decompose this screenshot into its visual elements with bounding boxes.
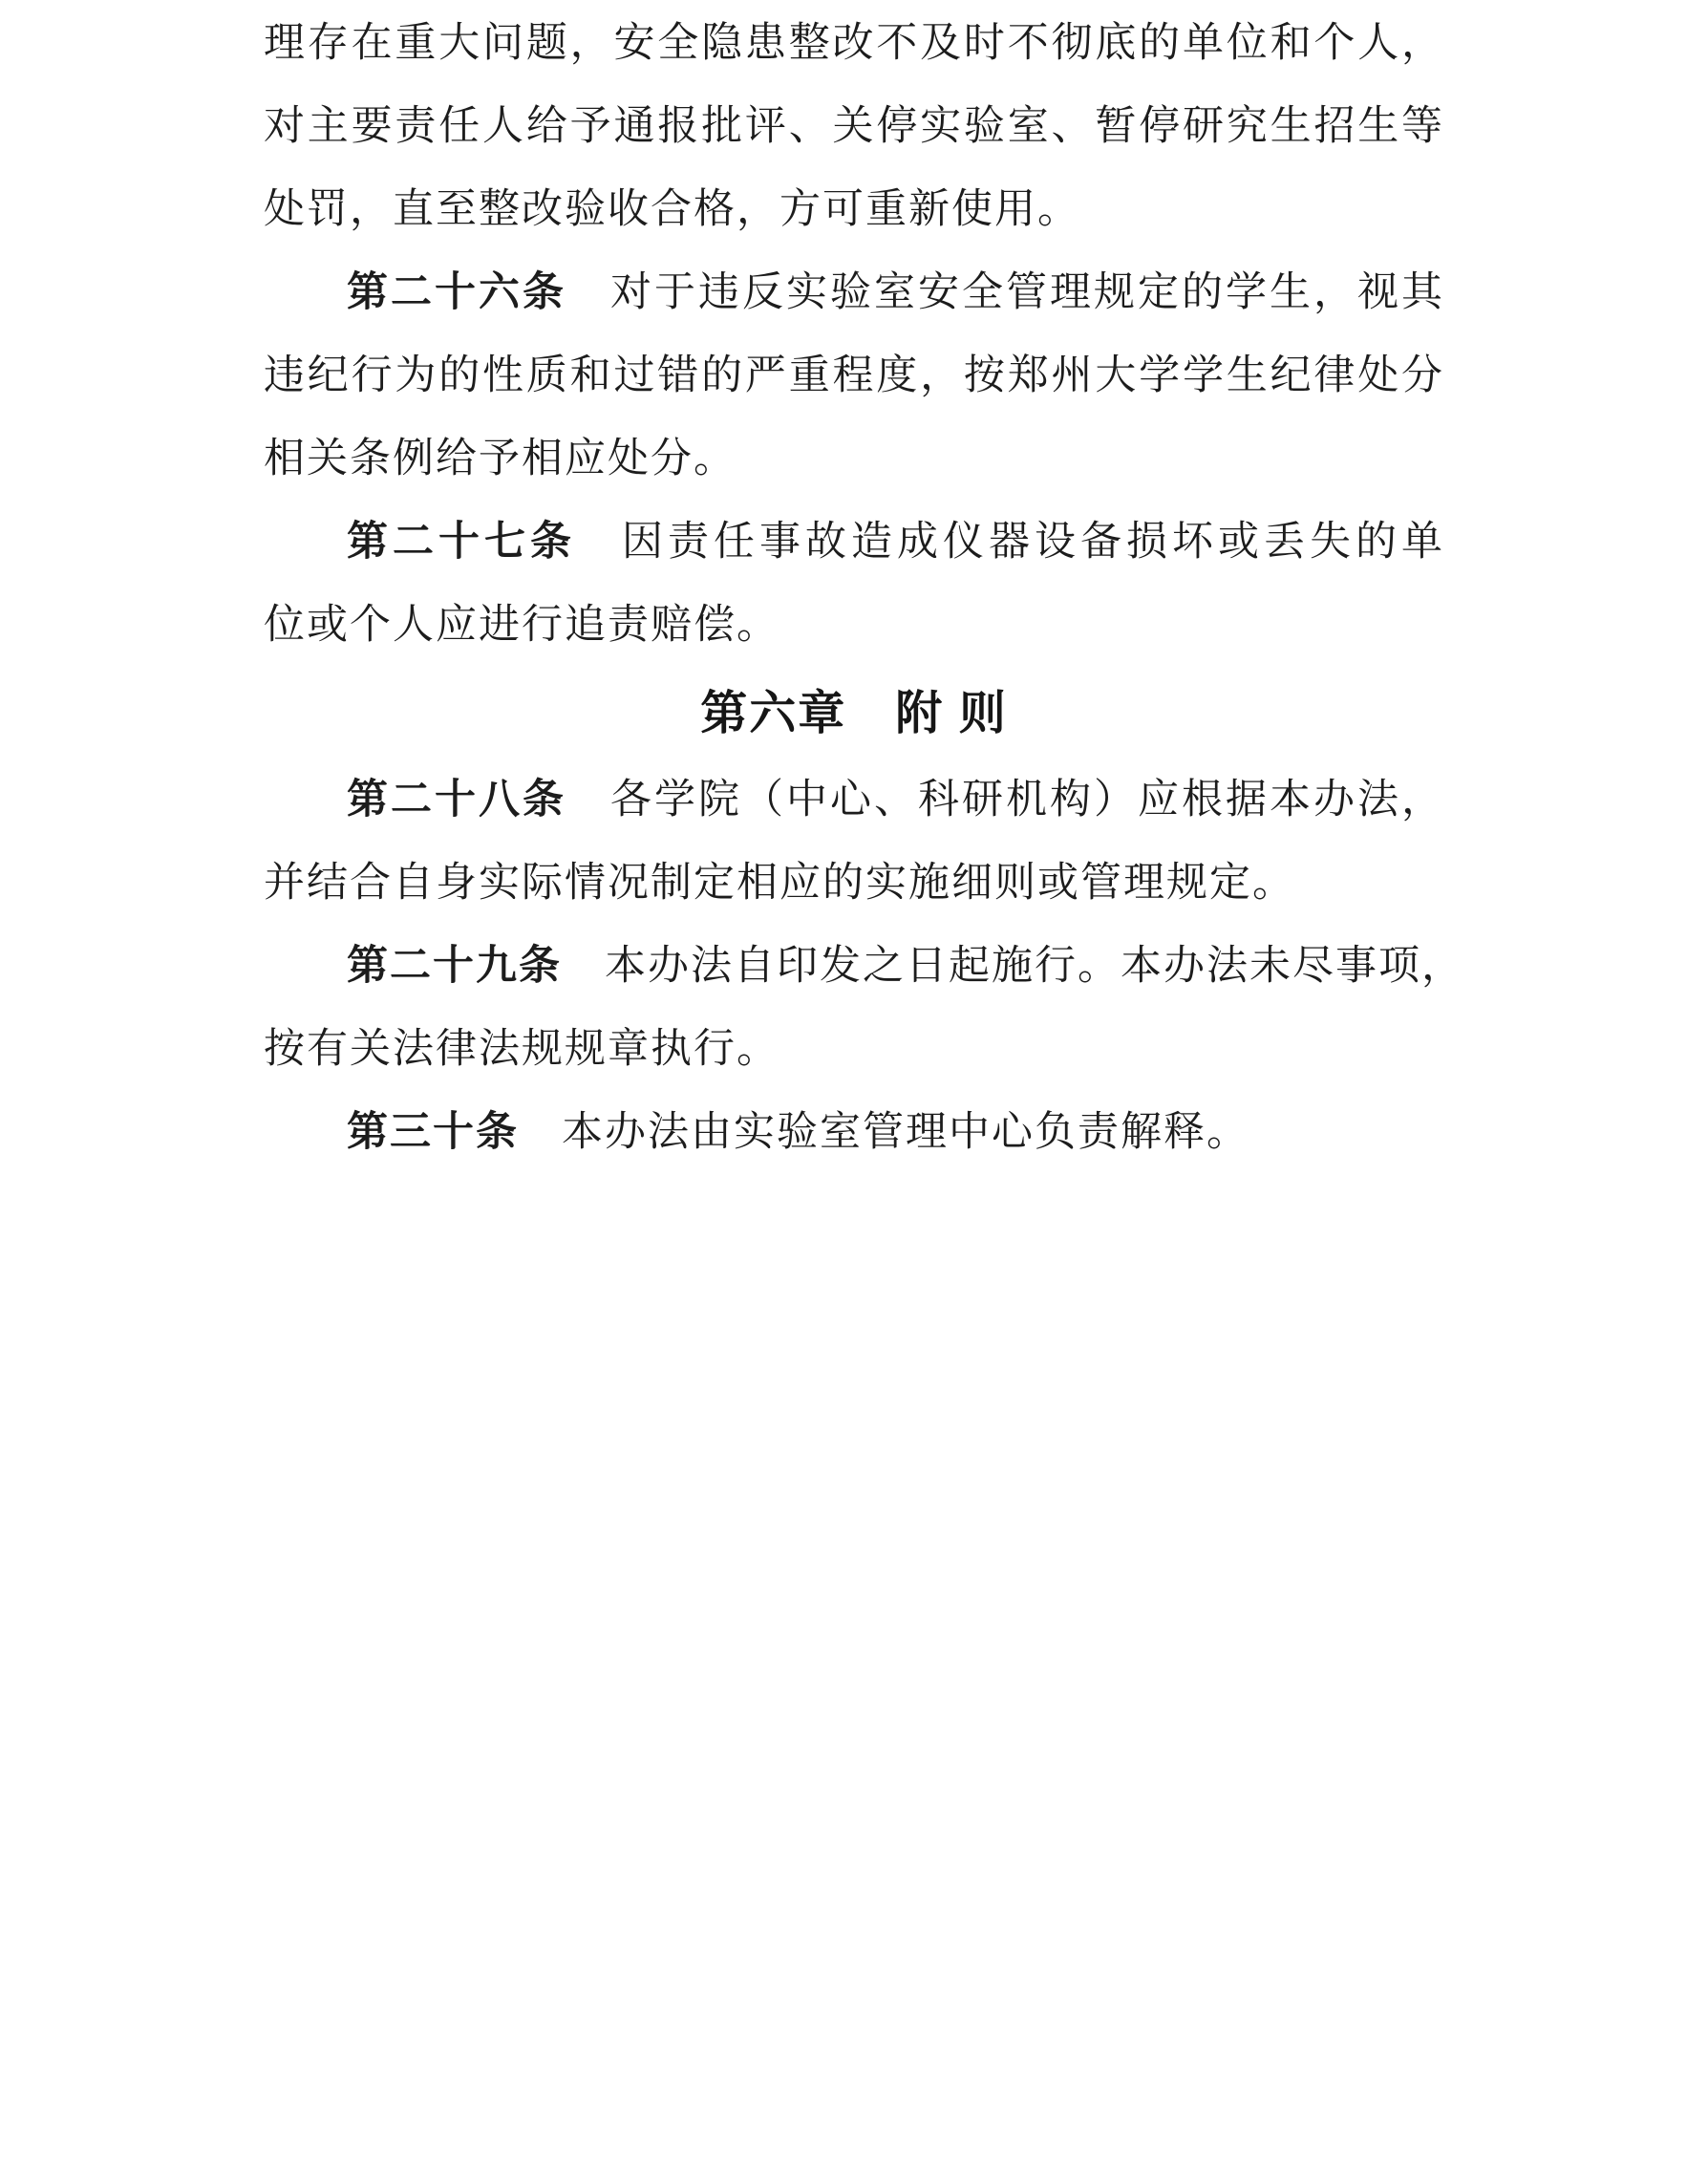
text-line: 并结合自身实际情况制定相应的实施细则或管理规定。 [264,842,1444,925]
article-number: 第二十九条 [347,943,562,989]
article-number: 第二十七条 [347,519,576,565]
text-run: 相关条例给予相应处分。 [264,437,737,481]
text-run: 位或个人应进行追责赔偿。 [264,603,779,648]
text-line: 位或个人应进行追责赔偿。 [264,584,1444,667]
text-line: 第二十九条 本办法自印发之日起施行。本办法未尽事项， [264,925,1444,1008]
text-run: 因责任事故造成仪器设备损坏或丢失的单 [576,520,1444,565]
text-line: 违纪行为的性质和过错的严重程度，按郑州大学学生纪律处分 [264,334,1444,417]
text-run: 处罚，直至整改验收合格，方可重新使用。 [264,187,1080,232]
text-run: 本办法自印发之日起施行。本办法未尽事项， [562,944,1464,989]
text-run: 对于违反实验室安全管理规定的学生，视其 [566,270,1444,315]
text-line: 对主要责任人给予通报批评、关停实验室、暂停研究生招生等 [264,85,1444,168]
document-page: 理存在重大问题，安全隐患整改不及时不彻底的单位和个人，对主要责任人给予通报批评、… [0,0,1708,2180]
chapter-heading: 第六章 附 则 [264,669,1444,759]
text-line: 处罚，直至整改验收合格，方可重新使用。 [264,168,1444,251]
text-line: 第二十六条 对于违反实验室安全管理规定的学生，视其 [264,251,1444,334]
text-run: 违纪行为的性质和过错的严重程度，按郑州大学学生纪律处分 [264,353,1444,398]
document-body: 理存在重大问题，安全隐患整改不及时不彻底的单位和个人，对主要责任人给予通报批评、… [264,2,1444,1174]
text-run: 并结合自身实际情况制定相应的实施细则或管理规定。 [264,861,1295,906]
article-number: 第二十八条 [347,777,566,823]
text-line: 相关条例给予相应处分。 [264,417,1444,501]
text-run: 对主要责任人给予通报批评、关停实验室、暂停研究生招生等 [264,104,1444,149]
text-line: 按有关法律法规规章执行。 [264,1008,1444,1091]
article-number: 第二十六条 [347,269,566,315]
text-line: 第二十八条 各学院（中心、科研机构）应根据本办法， [264,759,1444,842]
text-line: 理存在重大问题，安全隐患整改不及时不彻底的单位和个人， [264,2,1444,85]
text-line: 第三十条 本办法由实验室管理中心负责解释。 [264,1091,1444,1174]
article-number: 第六章 附 则 [700,688,1008,739]
text-run: 各学院（中心、科研机构）应根据本办法， [566,778,1444,823]
text-run: 理存在重大问题，安全隐患整改不及时不彻底的单位和个人， [264,21,1444,66]
text-run: 按有关法律法规规章执行。 [264,1027,779,1072]
text-line: 第二十七条 因责任事故造成仪器设备损坏或丢失的单 [264,501,1444,584]
text-run: 本办法由实验室管理中心负责解释。 [519,1110,1249,1155]
article-number: 第三十条 [347,1109,519,1155]
